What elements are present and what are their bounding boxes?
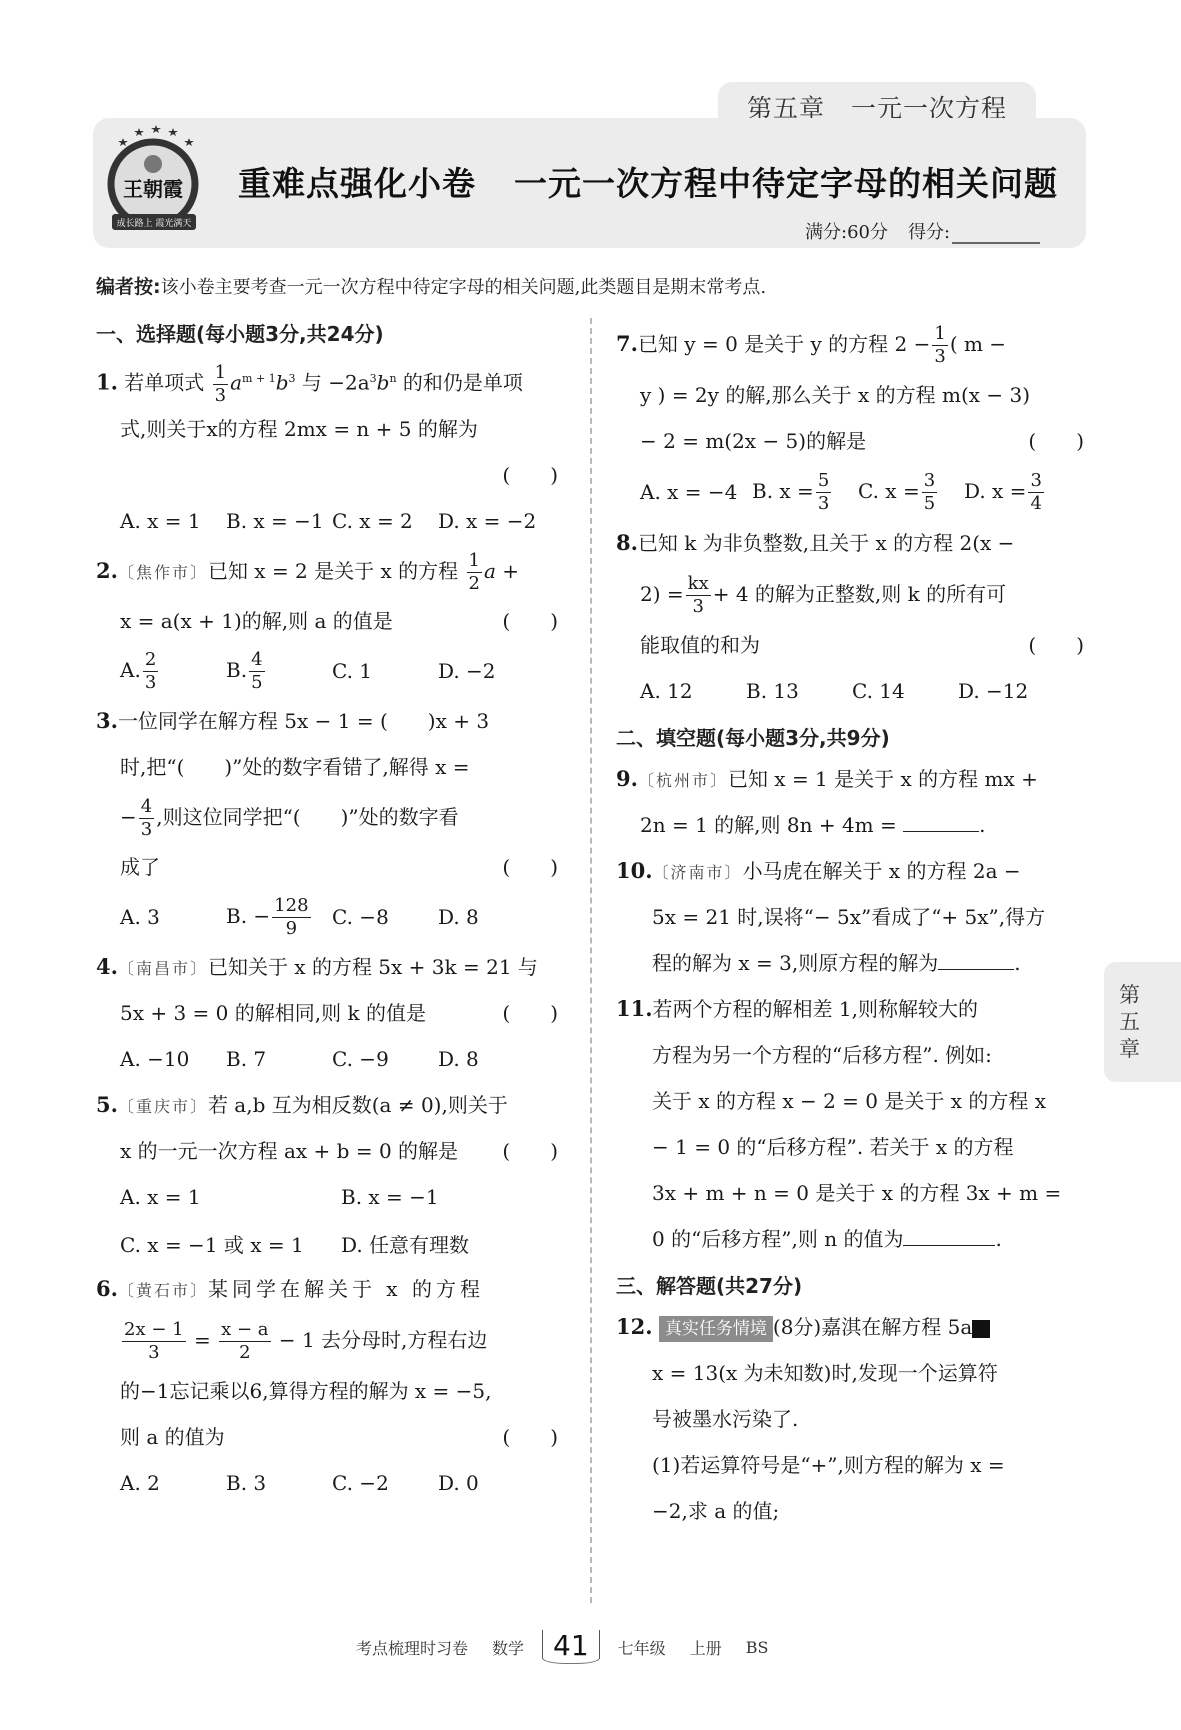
question-4: 4.〔南昌市〕已知关于 x 的方程 5x + 3k = 21 与 5x + 3 … <box>96 944 562 1082</box>
option-b[interactable]: B. 13 <box>746 679 852 703</box>
answer-bracket[interactable]: ( ) <box>502 990 558 1036</box>
title-prefix: 重难点强化小卷 <box>238 164 476 203</box>
page-footer: 考点梳理时习卷 数学 41 七年级 上册 BS <box>356 1630 768 1664</box>
question-8: 8.已知 k 为非负整数,且关于 x 的方程 2(x − 2) =kx3+ 4 … <box>616 520 1088 714</box>
question-12: 12. 真实任务情境(8分)嘉淇在解方程 5a x = 13(x 为未知数)时,… <box>616 1304 1088 1534</box>
option-a[interactable]: A. 2 <box>120 1471 226 1495</box>
option-b[interactable]: B. x = −1 <box>226 509 332 533</box>
footer-series: 考点梳理时习卷 <box>356 1636 468 1659</box>
question-10: 10.〔济南市〕小马虎在解关于 x 的方程 2a − 5x = 21 时,误将“… <box>616 848 1088 986</box>
option-c[interactable]: C. −9 <box>332 1047 438 1071</box>
option-b[interactable]: B.45 <box>226 651 332 692</box>
option-d[interactable]: D. x = −2 <box>438 509 544 533</box>
option-b[interactable]: B. 3 <box>226 1471 332 1495</box>
option-b[interactable]: B. −1289 <box>226 897 332 938</box>
editor-note-label: 编者按: <box>96 276 161 298</box>
answer-bracket[interactable]: ( ) <box>502 452 558 498</box>
answer-bracket[interactable]: ( ) <box>1028 418 1084 464</box>
score-line: 满分:60分 得分: <box>805 218 1040 244</box>
option-a[interactable]: A. x = 1 <box>120 509 226 533</box>
ink-blot-icon <box>972 1320 990 1338</box>
answer-bracket[interactable]: ( ) <box>502 844 558 890</box>
option-a[interactable]: A. −10 <box>120 1047 226 1071</box>
editor-note-text: 该小卷主要考查一元一次方程中待定字母的相关问题,此类题目是期末常考点. <box>161 277 766 298</box>
question-5: 5.〔重庆市〕若 a,b 互为相反数(a ≠ 0),则关于 x 的一元一次方程 … <box>96 1082 562 1266</box>
page-number: 41 <box>542 1630 600 1664</box>
answer-blank[interactable] <box>903 1220 995 1246</box>
option-a[interactable]: A. x = −4 <box>640 480 752 504</box>
option-d[interactable]: D. 0 <box>438 1471 544 1495</box>
option-c[interactable]: C. x =35 <box>858 472 964 513</box>
question-2: 2.〔焦作市〕已知 x = 2 是关于 x 的方程 12a + x = a(x … <box>96 544 562 698</box>
section-multiple-choice: 一、选择题(每小题3分,共24分) <box>96 316 562 352</box>
option-a[interactable]: A. x = 1 <box>120 1185 341 1209</box>
answer-bracket[interactable]: ( ) <box>502 1414 558 1460</box>
answer-bracket[interactable]: ( ) <box>502 598 558 644</box>
column-divider <box>590 318 592 1603</box>
option-d[interactable]: D. 8 <box>438 905 544 929</box>
footer-subject: 数学 <box>492 1636 524 1659</box>
option-c[interactable]: C. 1 <box>332 659 438 683</box>
answer-blank[interactable] <box>903 806 979 832</box>
section-fill-in: 二、填空题(每小题3分,共9分) <box>616 720 1088 756</box>
answer-bracket[interactable]: ( ) <box>502 1128 558 1174</box>
left-column: 一、选择题(每小题3分,共24分) 1. 若单项式 13am + 1b3 与 −… <box>96 316 562 1506</box>
option-d[interactable]: D. 任意有理数 <box>341 1229 562 1258</box>
right-column: 7.已知 y = 0 是关于 y 的方程 2 −13( m − y ) = 2y… <box>616 316 1088 1534</box>
option-b[interactable]: B. x =53 <box>752 472 858 513</box>
option-c[interactable]: C. −8 <box>332 905 438 929</box>
option-c[interactable]: C. 14 <box>852 679 958 703</box>
footer-volume: 上册 <box>690 1636 722 1659</box>
title-main: 一元一次方程中待定字母的相关问题 <box>514 164 1058 203</box>
options: A. x = 1 B. x = −1 C. x = 2 D. x = −2 <box>96 498 562 544</box>
answer-bracket[interactable]: ( ) <box>1028 622 1084 668</box>
question-1: 1. 若单项式 13am + 1b3 与 −2a3bn 的和仍是单项 式,则关于… <box>96 352 562 544</box>
option-b[interactable]: B. 7 <box>226 1047 332 1071</box>
option-a[interactable]: A. 3 <box>120 905 226 929</box>
svg-text:成长路上 霞光满天: 成长路上 霞光满天 <box>117 217 192 229</box>
option-a[interactable]: A.23 <box>120 651 226 692</box>
task-context-badge: 真实任务情境 <box>659 1316 773 1342</box>
footer-edition: BS <box>746 1638 769 1657</box>
question-6: 6.〔黄石市〕某同学在解关于 x 的方程 2x − 13 = x − a2 − … <box>96 1266 562 1506</box>
question-7: 7.已知 y = 0 是关于 y 的方程 2 −13( m − y ) = 2y… <box>616 316 1088 520</box>
option-d[interactable]: D. −2 <box>438 659 544 683</box>
svg-text:王朝霞: 王朝霞 <box>123 177 183 201</box>
full-score: 满分:60分 <box>805 218 888 244</box>
page-title: 重难点强化小卷一元一次方程中待定字母的相关问题 <box>238 158 1058 205</box>
question-11: 11.若两个方程的解相差 1,则称解较大的 方程为另一个方程的“后移方程”. 例… <box>616 986 1088 1262</box>
section-solve: 三、解答题(共27分) <box>616 1268 1088 1304</box>
option-d[interactable]: D. 8 <box>438 1047 544 1071</box>
option-c[interactable]: C. −2 <box>332 1471 438 1495</box>
option-b[interactable]: B. x = −1 <box>341 1185 562 1209</box>
editor-note: 编者按:该小卷主要考查一元一次方程中待定字母的相关问题,此类题目是期末常考点. <box>96 272 766 299</box>
answer-blank[interactable] <box>938 944 1014 970</box>
score-label: 得分: <box>908 218 950 244</box>
option-c[interactable]: C. x = 2 <box>332 509 438 533</box>
option-d[interactable]: D. −12 <box>958 679 1064 703</box>
option-c[interactable]: C. x = −1 或 x = 1 <box>120 1229 341 1258</box>
option-a[interactable]: A. 12 <box>640 679 746 703</box>
footer-grade: 七年级 <box>618 1636 666 1659</box>
question-9: 9.〔杭州市〕已知 x = 1 是关于 x 的方程 mx + 2n = 1 的解… <box>616 756 1088 848</box>
question-3: 3.一位同学在解方程 5x − 1 = ( )x + 3 时,把“( )”处的数… <box>96 698 562 944</box>
side-chapter-tab: 第 五 章 <box>1104 962 1181 1082</box>
option-d[interactable]: D. x =34 <box>964 472 1070 513</box>
publisher-logo-icon: 王朝霞 成长路上 霞光满天 <box>98 124 208 242</box>
score-blank[interactable] <box>952 226 1040 244</box>
